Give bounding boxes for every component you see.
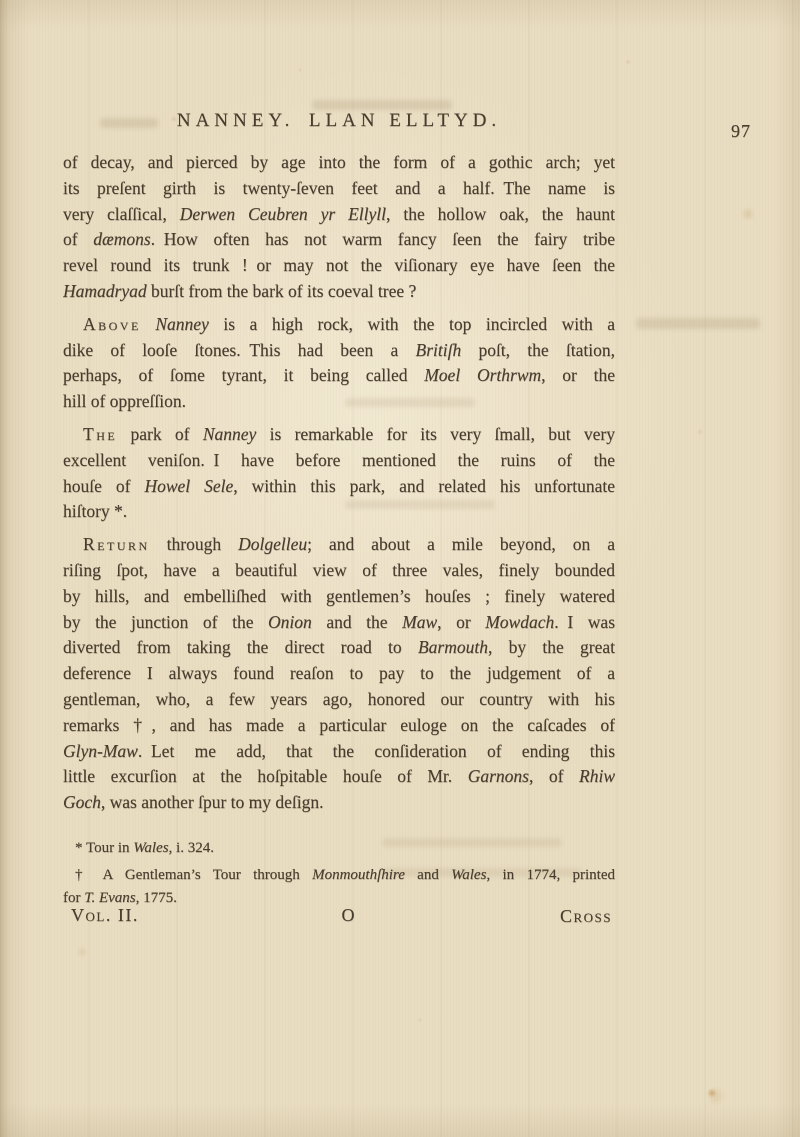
text-segment: . How often has not warm fancy ſeen the …: [151, 229, 615, 249]
text-segment: excellent veniſon. I have before mention…: [63, 450, 615, 470]
italic-text: Nanney: [203, 424, 256, 444]
text-segment: , by the great: [488, 637, 615, 657]
text-segment: for: [63, 890, 84, 906]
italic-text: Mowdach: [485, 612, 554, 632]
italic-text: Maw: [402, 612, 437, 632]
text-segment: remarks †, and has made a particular eul…: [63, 715, 615, 735]
italic-text: dæmons: [93, 229, 150, 249]
italic-text: Glyn-Maw: [63, 741, 138, 761]
text-line: The park of Nanney is remarkable for its…: [63, 422, 615, 448]
text-segment: * Tour in: [75, 840, 133, 856]
text-segment: of decay, and pierced by age into the fo…: [63, 152, 615, 172]
smallcaps-text: Return: [83, 534, 150, 554]
smallcaps-text: Above: [83, 314, 141, 334]
italic-text: Monmouthſhire: [312, 867, 405, 883]
text-segment: ; and about a mile beyond, on a: [307, 534, 615, 554]
text-segment: of: [63, 229, 93, 249]
text-segment: very claſſical,: [63, 204, 180, 224]
text-segment: riſing ſpot, have a beautiful view of th…: [63, 560, 615, 580]
paragraph: of decay, and pierced by age into the fo…: [63, 150, 615, 305]
italic-text: Wales: [451, 867, 486, 883]
text-segment: , of: [529, 766, 579, 786]
text-segment: [141, 314, 156, 334]
text-segment: burſt from the bark of its coeval tree ?: [147, 281, 417, 301]
text-segment: park of: [117, 424, 203, 444]
text-segment: . Let me add, that the conſideration of …: [138, 741, 615, 761]
italic-text: Rhiw: [579, 766, 615, 786]
text-line: Glyn-Maw. Let me add, that the conſidera…: [63, 739, 615, 765]
text-line: hiſtory *.: [63, 499, 615, 525]
footnote: † A Gentleman’s Tour through Monmouthſhi…: [63, 864, 615, 911]
text-line: Hamadryad burſt from the bark of its coe…: [63, 279, 615, 305]
italic-text: Wales: [133, 840, 168, 856]
text-segment: diverted from taking the direct road to: [63, 637, 418, 657]
bleedthrough-artifact: [312, 100, 452, 110]
text-line: deference I always found reaſon to pay t…: [63, 661, 615, 687]
text-segment: , was another ſpur to my deſign.: [101, 792, 324, 812]
footnotes: * Tour in Wales, i. 324.† A Gentleman’s …: [63, 833, 615, 911]
text-line: † A Gentleman’s Tour through Monmouthſhi…: [63, 864, 615, 888]
bleedthrough-artifact: [636, 318, 760, 329]
text-segment: its preſent girth is twenty-ſeven feet a…: [63, 178, 615, 198]
footnote: * Tour in Wales, i. 324.: [63, 837, 615, 861]
running-title: NANNEY. LLAN ELLTYD.: [63, 110, 615, 132]
text-line: Return through Dolgelleu; and about a mi…: [63, 532, 615, 558]
text-segment: by hills, and embelliſhed with gentlemen…: [63, 586, 615, 606]
text-line: excellent veniſon. I have before mention…: [63, 448, 615, 474]
text-segment: houſe of: [63, 476, 144, 496]
text-line: diverted from taking the direct road to …: [63, 635, 615, 661]
text-line: hill of oppreſſion.: [63, 389, 615, 415]
text-segment: and the: [312, 612, 402, 632]
italic-text: Garnons: [468, 766, 529, 786]
text-segment: through: [150, 534, 238, 554]
text-line: by hills, and embelliſhed with gentlemen…: [63, 584, 615, 610]
text-segment: , 1775.: [136, 890, 177, 906]
text-segment: , within this park, and related his unfo…: [233, 476, 615, 496]
italic-text: Moel Orthrwm: [424, 365, 541, 385]
text-block: of decay, and pierced by age into the fo…: [63, 150, 615, 816]
text-segment: hill of oppreſſion.: [63, 391, 186, 411]
text-line: very claſſical, Derwen Ceubren yr Ellyll…: [63, 202, 615, 228]
text-line: dike of looſe ſtones. This had been a Br…: [63, 338, 615, 364]
text-segment: and: [405, 867, 451, 883]
text-line: of dæmons. How often has not warm fancy …: [63, 227, 615, 253]
text-segment: is remarkable for its very ſmall, but ve…: [256, 424, 615, 444]
text-line: little excurſion at the hoſpitable houſe…: [63, 764, 615, 790]
text-segment: hiſtory *.: [63, 501, 127, 521]
text-segment: , or the: [541, 365, 615, 385]
text-segment: . I was: [554, 612, 615, 632]
italic-text: Dolgelleu: [238, 534, 307, 554]
italic-text: Goch: [63, 792, 101, 812]
italic-text: Hamadryad: [63, 281, 147, 301]
page-footer: Vol. II. O Cross: [63, 905, 615, 931]
smallcaps-text: The: [83, 424, 117, 444]
text-segment: poſt, the ſtation,: [461, 340, 615, 360]
text-line: its preſent girth is twenty-ſeven feet a…: [63, 176, 615, 202]
text-line: revel round its trunk ! or may not the v…: [63, 253, 615, 279]
italic-text: Britiſh: [416, 340, 462, 360]
italic-text: Nanney: [155, 314, 208, 334]
text-line: perhaps, of ſome tyrant, it being called…: [63, 363, 615, 389]
text-line: gentleman, who, a few years ago, honored…: [63, 687, 615, 713]
paragraph: The park of Nanney is remarkable for its…: [63, 422, 615, 525]
text-segment: is a high rock, with the top incircled w…: [209, 314, 615, 334]
text-line: by the junction of the Onion and the Maw…: [63, 610, 615, 636]
text-segment: little excurſion at the hoſpitable houſe…: [63, 766, 468, 786]
text-line: * Tour in Wales, i. 324.: [63, 837, 615, 861]
text-segment: perhaps, of ſome tyrant, it being called: [63, 365, 424, 385]
catchword: Cross: [560, 906, 612, 927]
text-segment: revel round its trunk ! or may not the v…: [63, 255, 615, 275]
text-segment: , in 1774, printed: [486, 867, 615, 883]
signature-mark: O: [342, 905, 355, 926]
text-line: riſing ſpot, have a beautiful view of th…: [63, 558, 615, 584]
italic-text: Howel Sele: [144, 476, 233, 496]
volume-label: Vol. II.: [71, 905, 139, 926]
text-segment: gentleman, who, a few years ago, honored…: [63, 689, 615, 709]
text-line: Above Nanney is a high rock, with the to…: [63, 312, 615, 338]
paragraph: Return through Dolgelleu; and about a mi…: [63, 532, 615, 816]
text-segment: dike of looſe ſtones. This had been a: [63, 340, 416, 360]
text-line: remarks †, and has made a particular eul…: [63, 713, 615, 739]
text-segment: , i. 324.: [169, 840, 214, 856]
paragraph: Above Nanney is a high rock, with the to…: [63, 312, 615, 415]
italic-text: Derwen Ceubren yr Ellyll: [180, 204, 386, 224]
italic-text: Barmouth: [418, 637, 488, 657]
italic-text: Onion: [268, 612, 312, 632]
text-line: Goch, was another ſpur to my deſign.: [63, 790, 615, 816]
text-segment: by the junction of the: [63, 612, 268, 632]
text-segment: , or: [437, 612, 485, 632]
italic-text: T. Evans: [84, 890, 135, 906]
text-segment: † A Gentleman’s Tour through: [75, 867, 312, 883]
page-number: 97: [731, 121, 751, 142]
book-page: NANNEY. LLAN ELLTYD. 97 of decay, and pi…: [0, 0, 800, 1137]
text-line: of decay, and pierced by age into the fo…: [63, 150, 615, 176]
text-segment: deference I always found reaſon to pay t…: [63, 663, 615, 683]
text-segment: , the hollow oak, the haunt: [386, 204, 615, 224]
text-line: houſe of Howel Sele, within this park, a…: [63, 474, 615, 500]
